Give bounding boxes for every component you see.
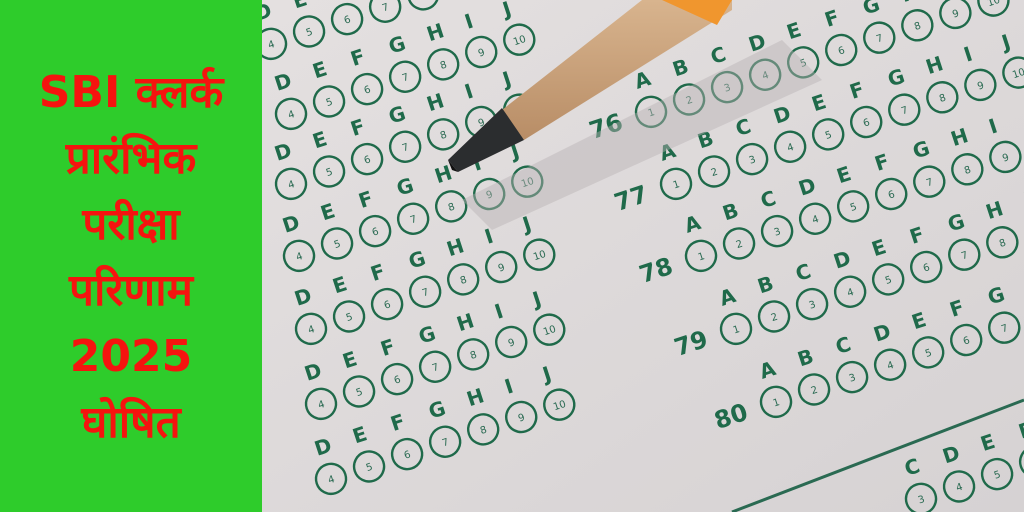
omr-sheet-illustration: D4E5F6G7H8I9J10D4E5F6G7H8I9J10D4E5F6G7H8…	[262, 0, 1024, 512]
headline-line-1: SBI क्लर्क	[39, 60, 224, 126]
headline-line-3: परीक्षा	[82, 192, 179, 258]
headline-line-4: परिणाम	[69, 258, 193, 324]
news-thumbnail: SBI क्लर्क प्रारंभिक परीक्षा परिणाम 2025…	[0, 0, 1024, 512]
omr-sheet-photo: D4E5F6G7H8I9J10D4E5F6G7H8I9J10D4E5F6G7H8…	[262, 0, 1024, 512]
headline-line-5: 2025	[70, 324, 192, 390]
headline-line-6: घोषित	[81, 390, 180, 456]
headline-line-2: प्रारंभिक	[66, 126, 197, 192]
headline-panel: SBI क्लर्क प्रारंभिक परीक्षा परिणाम 2025…	[0, 0, 262, 512]
